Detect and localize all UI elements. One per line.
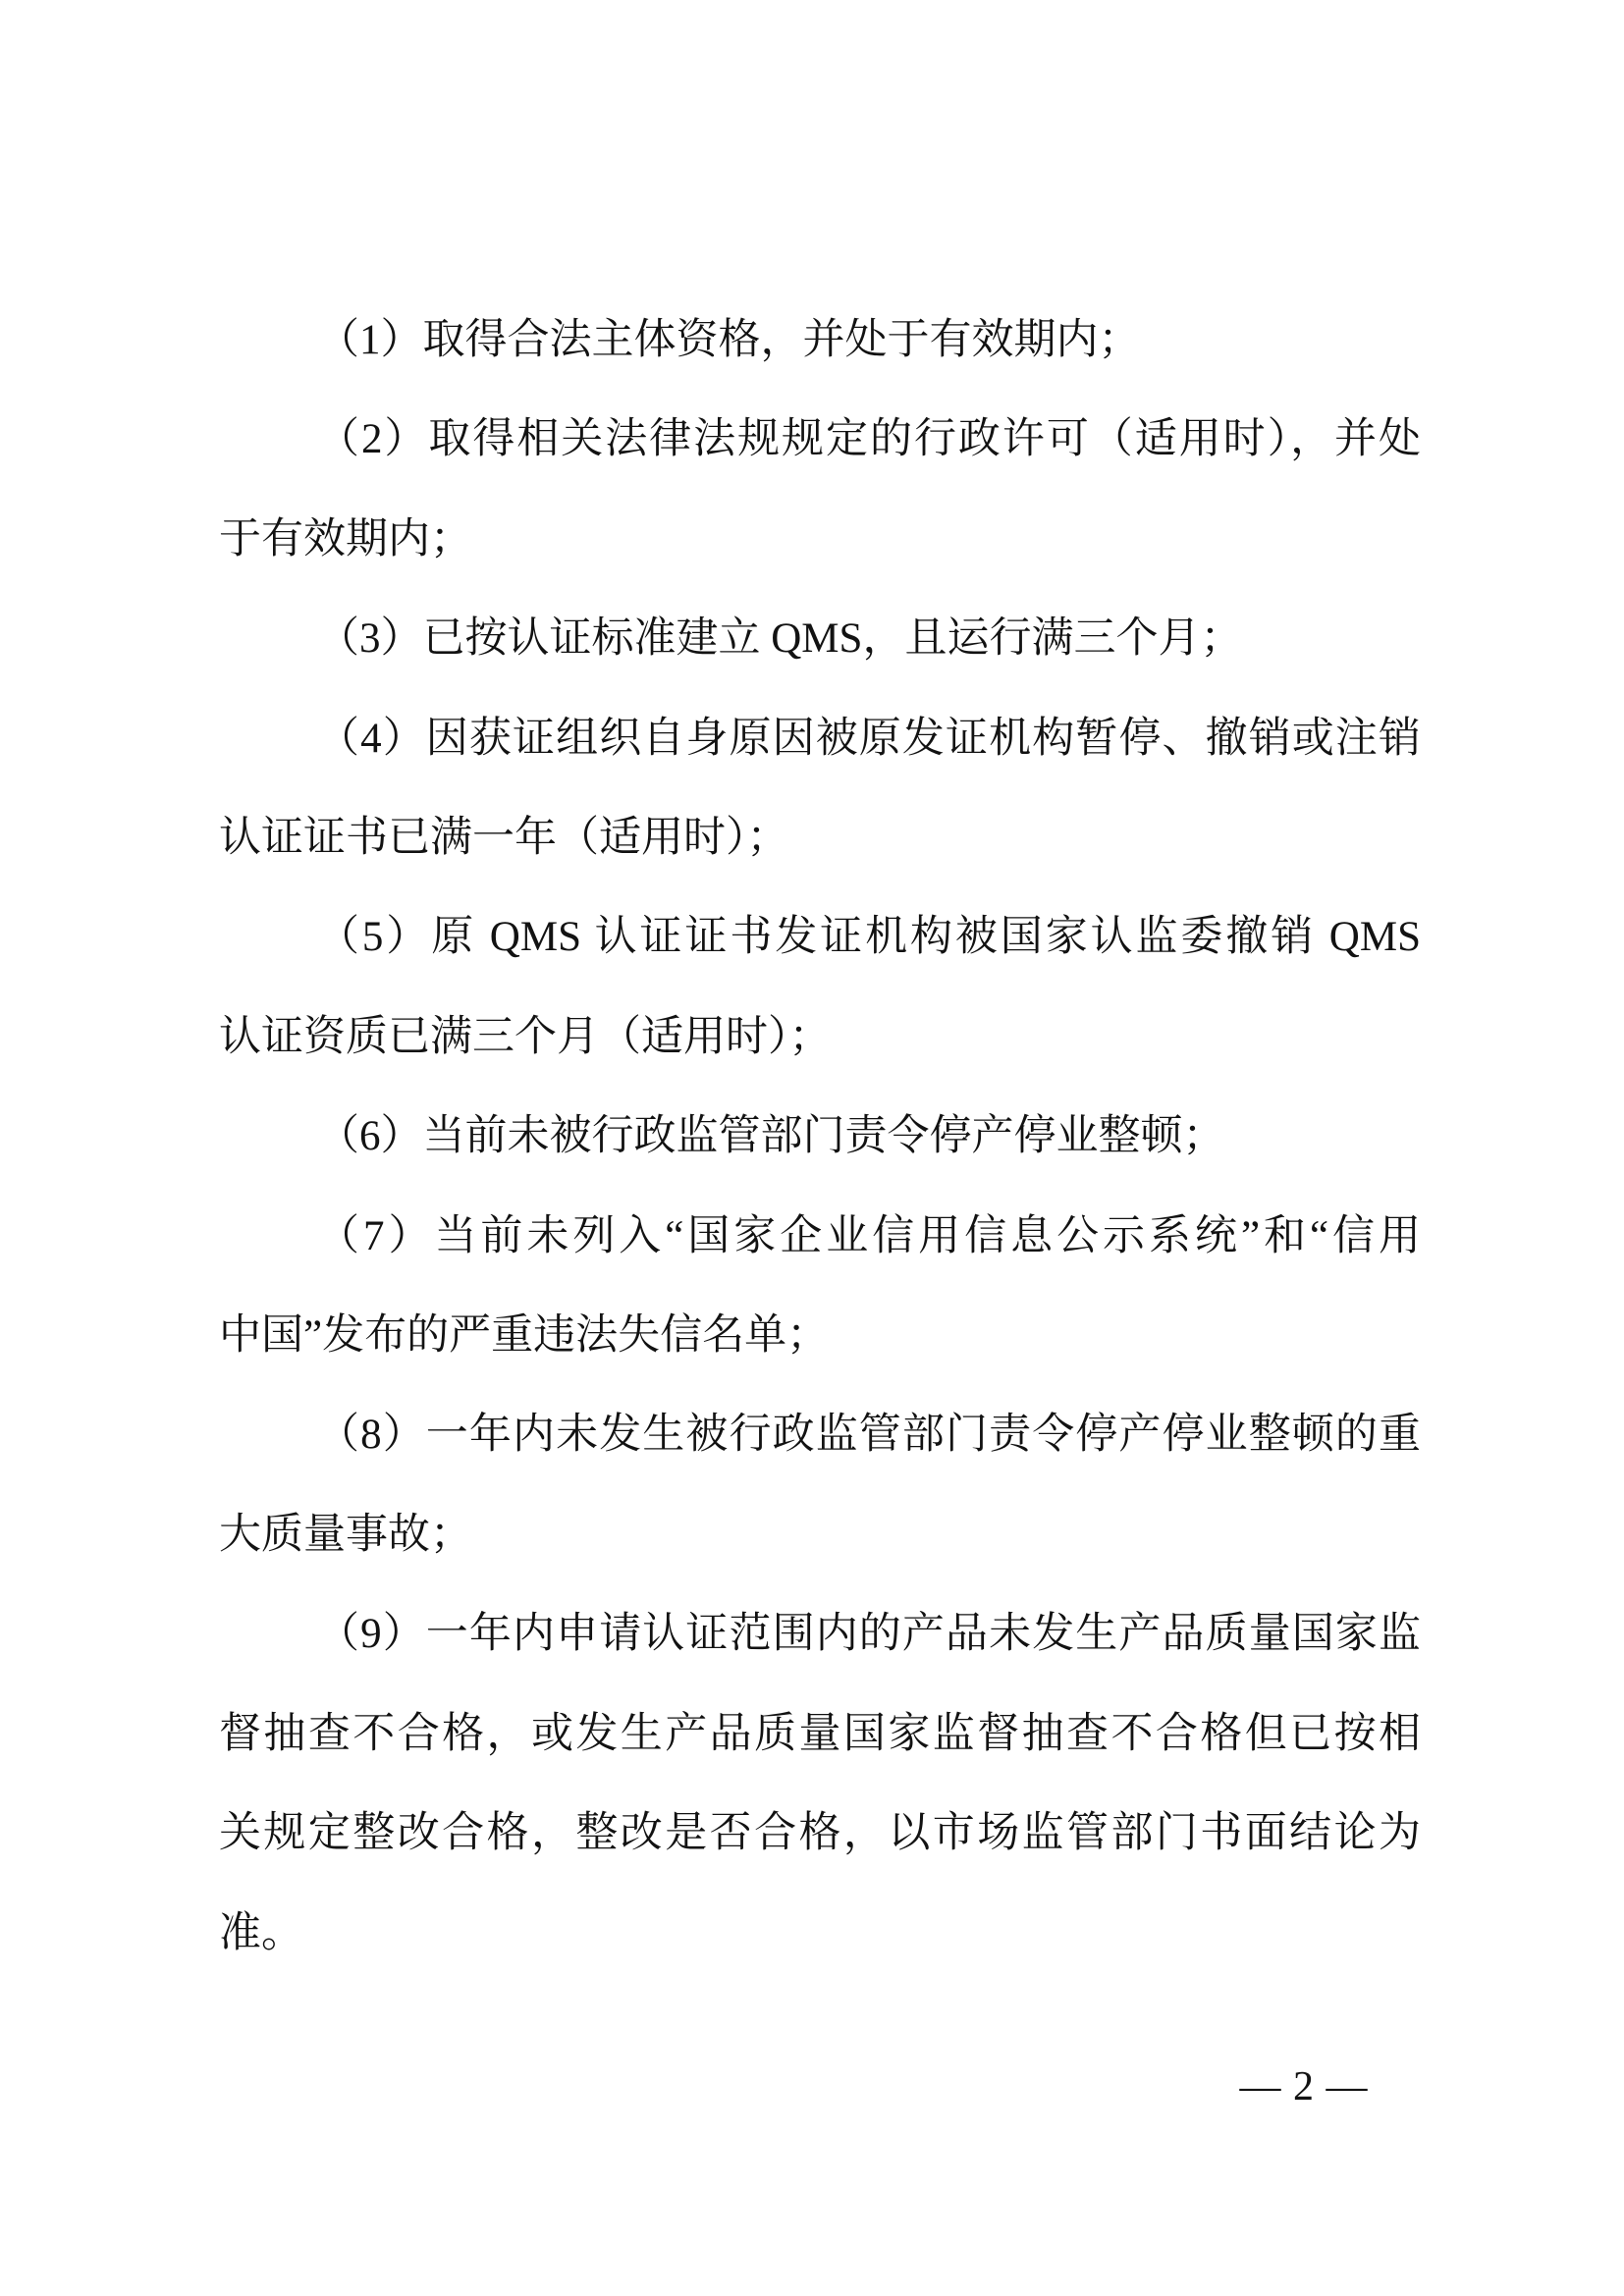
line-item-9-cont-3: 准。 — [219, 1884, 1421, 1983]
line-item-7-cont: 中国”发布的严重违法失信名单； — [219, 1286, 1421, 1385]
document-page: （1）取得合法主体资格，并处于有效期内； （2）取得相关法律法规规定的行政许可（… — [0, 0, 1624, 2296]
line-item-9: （9）一年内申请认证范围内的产品未发生产品质量国家监 — [219, 1584, 1421, 1683]
line-item-7: （7）当前未列入“国家企业信用信息公示系统”和“信用 — [219, 1187, 1421, 1286]
line-item-6: （6）当前未被行政监管部门责令停产停业整顿； — [219, 1087, 1421, 1186]
line-item-4-cont: 认证证书已满一年（适用时）； — [219, 788, 1421, 887]
line-item-2: （2）取得相关法律法规规定的行政许可（适用时），并处 — [219, 390, 1421, 489]
document-text: （1）取得合法主体资格，并处于有效期内； （2）取得相关法律法规规定的行政许可（… — [219, 291, 1421, 1983]
line-item-9-cont-2: 关规定整改合格，整改是否合格，以市场监管部门书面结论为 — [219, 1784, 1421, 1883]
line-item-8: （8）一年内未发生被行政监管部门责令停产停业整顿的重 — [219, 1385, 1421, 1484]
line-item-4: （4）因获证组织自身原因被原发证机构暂停、撤销或注销 — [219, 689, 1421, 788]
page-number: — 2 — — [1219, 2061, 1388, 2112]
line-item-5: （5）原 QMS 认证证书发证机构被国家认监委撤销 QMS — [219, 887, 1421, 987]
line-item-1: （1）取得合法主体资格，并处于有效期内； — [219, 291, 1421, 390]
line-item-8-cont: 大质量事故； — [219, 1485, 1421, 1584]
line-item-2-cont: 于有效期内； — [219, 490, 1421, 589]
line-item-9-cont-1: 督抽查不合格，或发生产品质量国家监督抽查不合格但已按相 — [219, 1684, 1421, 1784]
line-item-3: （3）已按认证标准建立 QMS，且运行满三个月； — [219, 589, 1421, 688]
line-item-5-cont: 认证资质已满三个月（适用时）； — [219, 988, 1421, 1087]
